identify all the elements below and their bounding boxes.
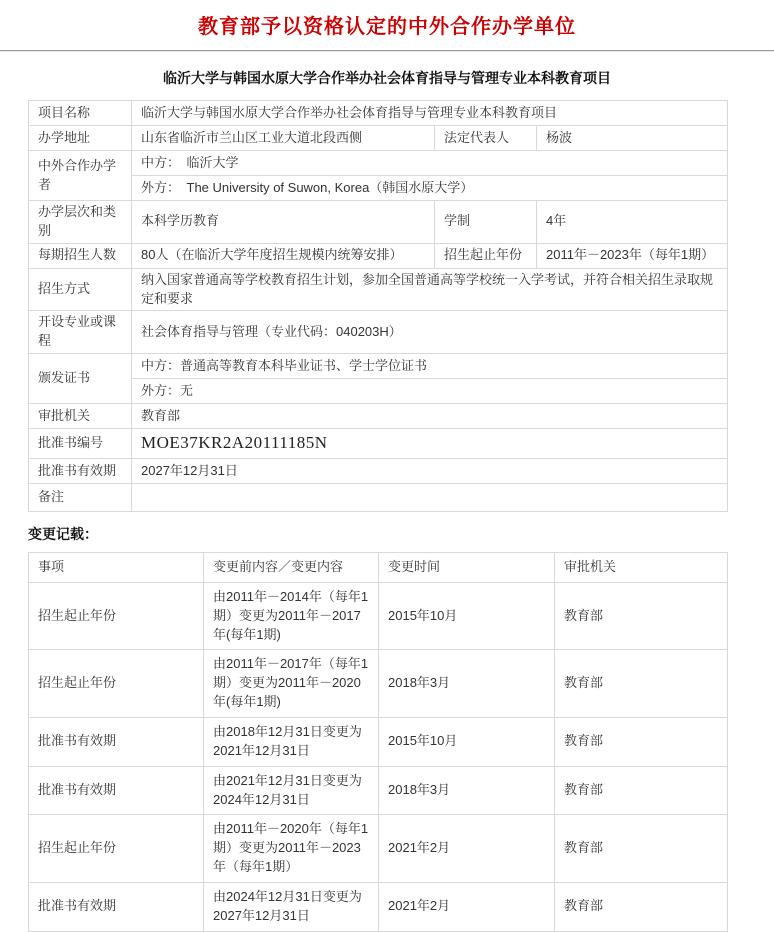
change-time: 2018年3月: [379, 766, 555, 815]
title-divider: [0, 50, 774, 52]
change-authority: 教育部: [555, 650, 728, 718]
change-content: 由2011年－2017年（每年1期）变更为2011年－2020年(每年1期): [204, 650, 379, 718]
info-value: 山东省临沂市兰山区工业大道北段西侧: [132, 126, 435, 151]
change-header-item: 事项: [29, 553, 204, 583]
change-time: 2018年3月: [379, 650, 555, 718]
project-subtitle: 临沂大学与韩国水原大学合作举办社会体育指导与管理专业本科教育项目: [0, 68, 774, 88]
change-row: 招生起止年份 由2011年－2017年（每年1期）变更为2011年－2020年(…: [29, 650, 728, 718]
info-value: 2011年－2023年（每年1期）: [537, 243, 728, 268]
info-label: 批准书编号: [29, 429, 132, 459]
change-time: 2015年10月: [379, 582, 555, 650]
change-header-content: 变更前内容／变更内容: [204, 553, 379, 583]
change-item: 批准书有效期: [29, 882, 204, 931]
page-title: 教育部予以资格认定的中外合作办学单位: [0, 0, 774, 50]
change-item: 批准书有效期: [29, 766, 204, 815]
change-row: 招生起止年份 由2011年－2014年（每年1期）变更为2011年－2017年(…: [29, 582, 728, 650]
info-label: 学制: [435, 201, 537, 244]
change-header-authority: 审批机关: [555, 553, 728, 583]
info-label: 颁发证书: [29, 354, 132, 404]
approval-number-value: MOE37KR2A20111185N: [132, 429, 728, 459]
row-enrollment: 每期招生人数 80人（在临沂大学年度招生规模内统筹安排） 招生起止年份 2011…: [29, 243, 728, 268]
change-item: 招生起止年份: [29, 650, 204, 718]
change-authority: 教育部: [555, 882, 728, 931]
info-label: 办学地址: [29, 126, 132, 151]
change-header-time: 变更时间: [379, 553, 555, 583]
change-authority: 教育部: [555, 717, 728, 766]
info-value-partner-foreign: 外方： The University of Suwon, Korea（韩国水原大…: [132, 176, 728, 201]
info-value: [132, 484, 728, 512]
change-header-row: 事项 变更前内容／变更内容 变更时间 审批机关: [29, 553, 728, 583]
info-label: 中外合作办学者: [29, 151, 132, 201]
change-item: 招生起止年份: [29, 582, 204, 650]
info-value: 杨波: [537, 126, 728, 151]
change-content: 由2021年12月31日变更为2024年12月31日: [204, 766, 379, 815]
change-authority: 教育部: [555, 766, 728, 815]
row-approval-validity: 批准书有效期 2027年12月31日: [29, 459, 728, 484]
info-value: 临沂大学与韩国水原大学合作举办社会体育指导与管理专业本科教育项目: [132, 101, 728, 126]
row-level: 办学层次和类别 本科学历教育 学制 4年: [29, 201, 728, 244]
row-certificates-foreign: 外方：无: [29, 379, 728, 404]
info-value: 4年: [537, 201, 728, 244]
row-project-name: 项目名称 临沂大学与韩国水原大学合作举办社会体育指导与管理专业本科教育项目: [29, 101, 728, 126]
info-value-cert-foreign: 外方：无: [132, 379, 728, 404]
row-address: 办学地址 山东省临沂市兰山区工业大道北段西侧 法定代表人 杨波: [29, 126, 728, 151]
row-majors: 开设专业或课程 社会体育指导与管理（专业代码：040203H）: [29, 311, 728, 354]
info-value: 本科学历教育: [132, 201, 435, 244]
change-time: 2021年2月: [379, 882, 555, 931]
info-label: 招生方式: [29, 268, 132, 311]
info-value: 2027年12月31日: [132, 459, 728, 484]
info-value-cert-cn: 中方：普通高等教育本科毕业证书、学士学位证书: [132, 354, 728, 379]
row-approval-authority: 审批机关 教育部: [29, 404, 728, 429]
row-remarks: 备注: [29, 484, 728, 512]
row-partners-cn: 中外合作办学者 中方： 临沂大学: [29, 151, 728, 176]
change-time: 2021年2月: [379, 815, 555, 883]
change-row: 批准书有效期 由2021年12月31日变更为2024年12月31日 2018年3…: [29, 766, 728, 815]
info-value: 纳入国家普通高等学校教育招生计划，参加全国普通高等学校统一入学考试，并符合相关招…: [132, 268, 728, 311]
change-row: 批准书有效期 由2024年12月31日变更为2027年12月31日 2021年2…: [29, 882, 728, 931]
change-row: 批准书有效期 由2018年12月31日变更为2021年12月31日 2015年1…: [29, 717, 728, 766]
info-value: 80人（在临沂大学年度招生规模内统筹安排）: [132, 243, 435, 268]
change-record-table: 事项 变更前内容／变更内容 变更时间 审批机关 招生起止年份 由2011年－20…: [28, 552, 728, 932]
info-label: 审批机关: [29, 404, 132, 429]
info-label: 开设专业或课程: [29, 311, 132, 354]
row-partners-foreign: 外方： The University of Suwon, Korea（韩国水原大…: [29, 176, 728, 201]
change-record-heading: 变更记载：: [28, 524, 774, 544]
change-row: 招生起止年份 由2011年－2020年（每年1期）变更为2011年－2023年（…: [29, 815, 728, 883]
info-label: 办学层次和类别: [29, 201, 132, 244]
change-content: 由2024年12月31日变更为2027年12月31日: [204, 882, 379, 931]
change-item: 批准书有效期: [29, 717, 204, 766]
row-admission: 招生方式 纳入国家普通高等学校教育招生计划，参加全国普通高等学校统一入学考试，并…: [29, 268, 728, 311]
change-content: 由2018年12月31日变更为2021年12月31日: [204, 717, 379, 766]
info-value-partner-cn: 中方： 临沂大学: [132, 151, 728, 176]
info-label: 招生起止年份: [435, 243, 537, 268]
info-label: 法定代表人: [435, 126, 537, 151]
info-value: 社会体育指导与管理（专业代码：040203H）: [132, 311, 728, 354]
info-label: 每期招生人数: [29, 243, 132, 268]
change-time: 2015年10月: [379, 717, 555, 766]
row-certificates-cn: 颁发证书 中方：普通高等教育本科毕业证书、学士学位证书: [29, 354, 728, 379]
info-label: 批准书有效期: [29, 459, 132, 484]
change-authority: 教育部: [555, 815, 728, 883]
row-approval-number: 批准书编号 MOE37KR2A20111185N: [29, 429, 728, 459]
change-authority: 教育部: [555, 582, 728, 650]
change-content: 由2011年－2014年（每年1期）变更为2011年－2017年(每年1期): [204, 582, 379, 650]
info-label: 项目名称: [29, 101, 132, 126]
project-info-table: 项目名称 临沂大学与韩国水原大学合作举办社会体育指导与管理专业本科教育项目 办学…: [28, 100, 728, 512]
info-value: 教育部: [132, 404, 728, 429]
change-content: 由2011年－2020年（每年1期）变更为2011年－2023年（每年1期）: [204, 815, 379, 883]
change-item: 招生起止年份: [29, 815, 204, 883]
info-label: 备注: [29, 484, 132, 512]
